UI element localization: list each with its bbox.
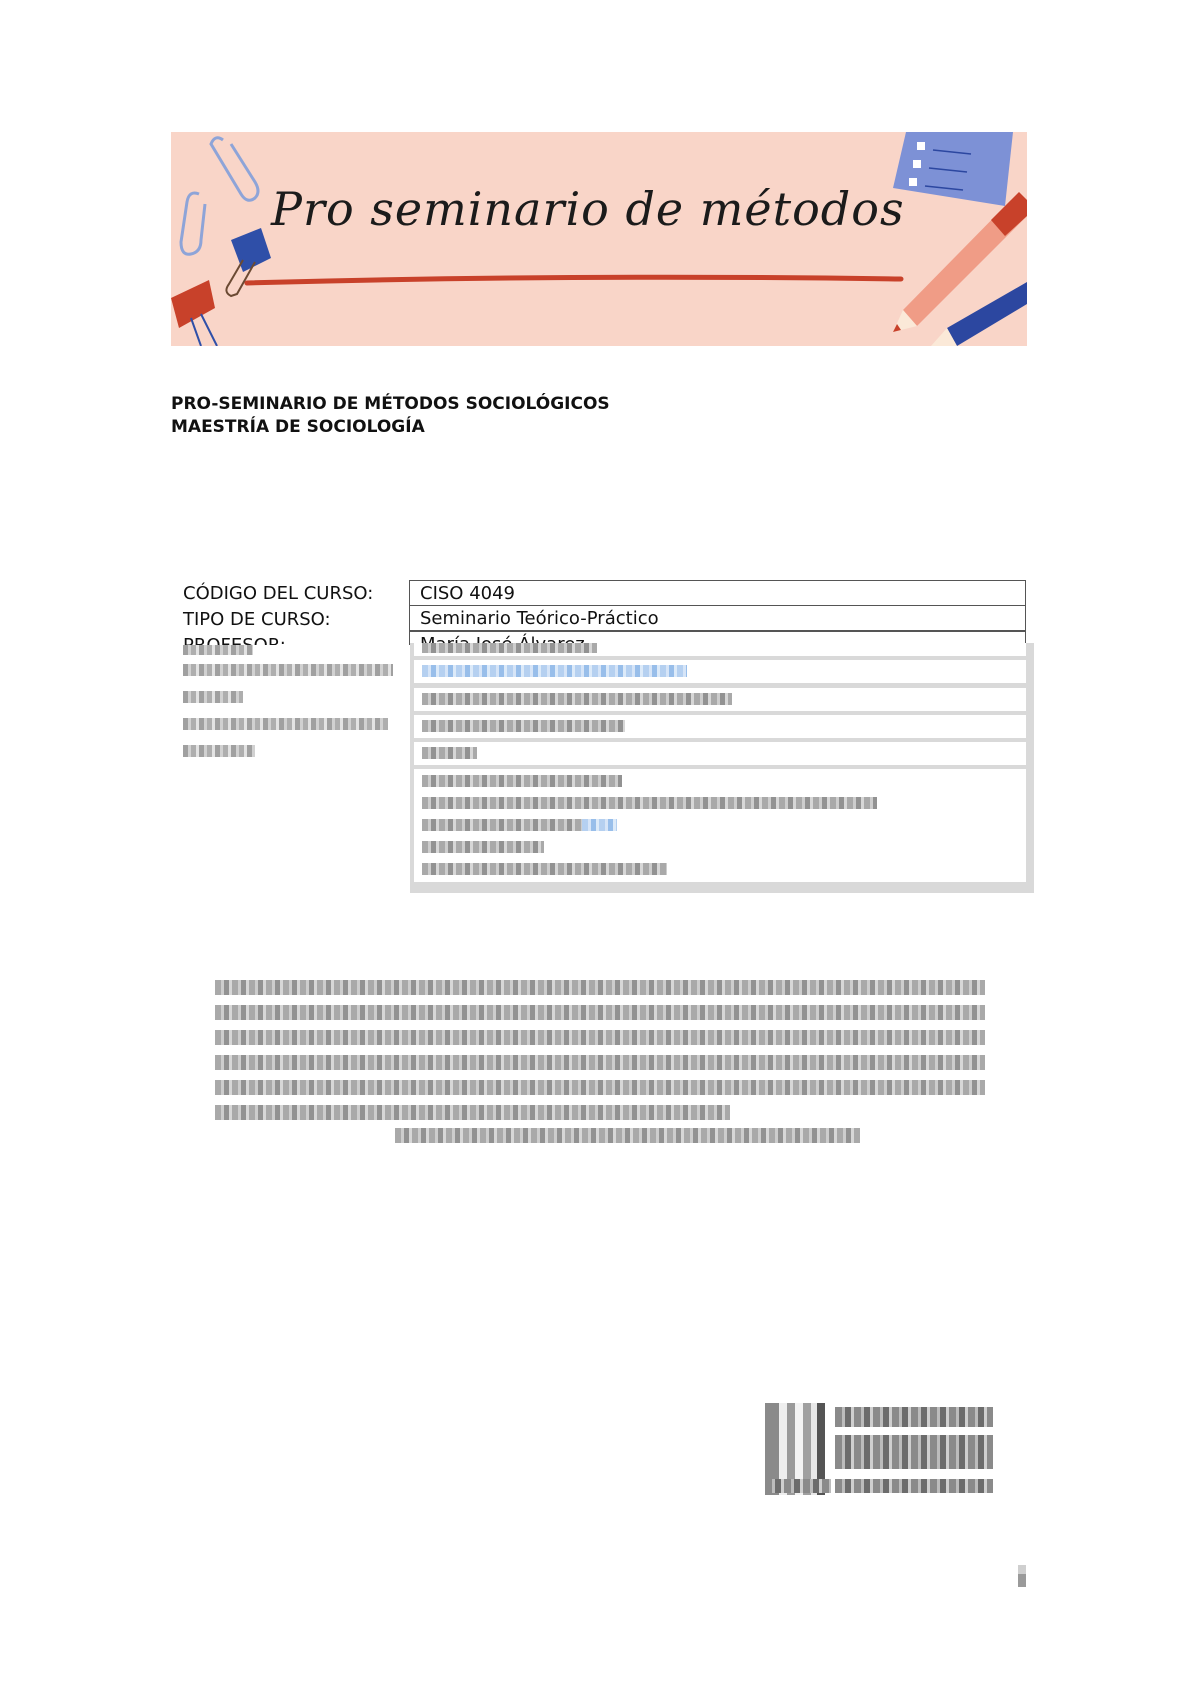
banner-title: Pro seminario de métodos xyxy=(271,182,871,236)
redacted-table-values xyxy=(410,643,1034,893)
quote-attribution xyxy=(395,1128,860,1143)
document-heading: PRO-SEMINARIO DE MÉTODOS SOCIOLÓGICOS MA… xyxy=(171,393,610,439)
course-type-value: Seminario Teórico-Práctico xyxy=(409,605,1026,631)
course-code-value: CISO 4049 xyxy=(409,580,1026,606)
page-number xyxy=(1018,1565,1026,1587)
course-title: PRO-SEMINARIO DE MÉTODOS SOCIOLÓGICOS xyxy=(171,393,610,416)
underline-stroke xyxy=(247,277,901,283)
university-logo xyxy=(765,1403,995,1503)
course-type-label: TIPO DE CURSO: xyxy=(183,609,331,630)
banner-decorations xyxy=(171,132,1027,346)
course-code-label: CÓDIGO DEL CURSO: xyxy=(183,583,373,604)
header-banner: Pro seminario de métodos xyxy=(171,132,1027,346)
professor-label: PROFESOR: xyxy=(183,635,286,645)
program-title: MAESTRÍA DE SOCIOLOGÍA xyxy=(171,416,610,439)
binder-clip-blue-icon xyxy=(226,228,271,296)
binder-clip-red-icon xyxy=(171,280,217,346)
checklist-notepad-icon xyxy=(893,132,1013,206)
